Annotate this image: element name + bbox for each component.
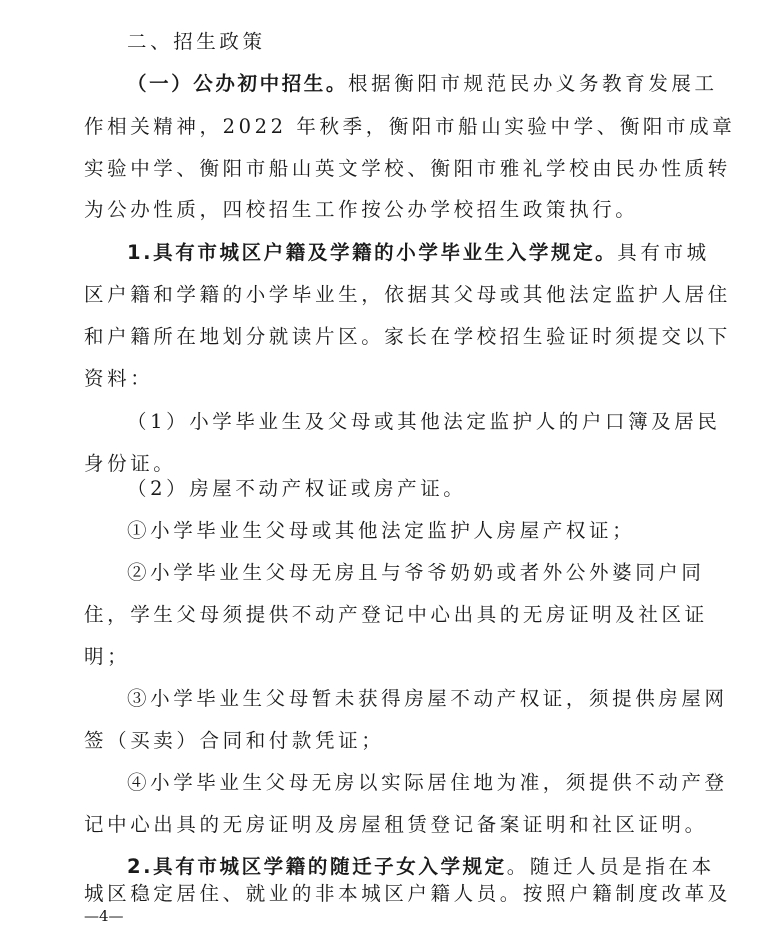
rule-heading: 1.具有市城区户籍及学籍的小学毕业生入学规定。 [127,241,617,264]
subsection-heading: （一）公办初中招生。 [127,72,348,95]
paragraph-line: 明； [84,643,130,671]
paragraph-line: （一）公办初中招生。根据衡阳市规范民办义务教育发展工 [127,70,718,98]
paragraph-line: 城区稳定居住、就业的非本城区户籍人员。按照户籍制度改革及 [84,880,731,908]
paragraph-line: 作相关精神，2022 年秋季，衡阳市船山实验中学、衡阳市成章 [84,113,735,141]
paragraph-line: 1.具有市城区户籍及学籍的小学毕业生入学规定。具有市城 [127,239,710,267]
paragraph-line: 2.具有市城区学籍的随迁子女入学规定。随迁人员是指在本 [127,853,715,881]
paragraph-line: 资料： [84,365,153,393]
list-item: ④小学毕业生父母无房以实际居住地为准，须提供不动产登 [127,769,728,797]
paragraph-line: 记中心出具的无房证明及房屋租赁登记备案证明和社区证明。 [84,811,708,839]
paragraph-line: 为公办性质，四校招生工作按公办学校招生政策执行。 [84,196,638,224]
paragraph-line: 签（买卖）合同和付款凭证； [84,727,384,755]
paragraph-line: 区户籍和学籍的小学毕业生，依据其父母或其他法定监护人居住 [84,281,731,309]
list-item: （1）小学毕业生及父母或其他法定监护人的户口簿及居民 [127,408,721,436]
paragraph-line: 住，学生父母须提供不动产登记中心出具的无房证明及社区证 [84,601,708,629]
list-item: ①小学毕业生父母或其他法定监护人房屋产权证； [127,517,635,545]
rule-heading: 2.具有市城区学籍的随迁子女入学规定 [127,855,507,878]
list-item: ②小学毕业生父母无房且与爷爷奶奶或者外公外婆同户同 [127,559,705,587]
list-item: ③小学毕业生父母暂未获得房屋不动产权证，须提供房屋网 [127,685,728,713]
list-item: （2）房屋不动产权证或房产证。 [127,475,466,503]
paragraph-line: 身份证。 [84,450,176,478]
section-heading: 二、招生政策 [127,28,266,56]
paragraph-line: 和户籍所在地划分就读片区。家长在学校招生验证时须提交以下 [84,323,731,351]
paragraph-line: 实验中学、衡阳市船山英文学校、衡阳市雅礼学校由民办性质转 [84,155,731,183]
page-number: —4— [84,906,124,926]
